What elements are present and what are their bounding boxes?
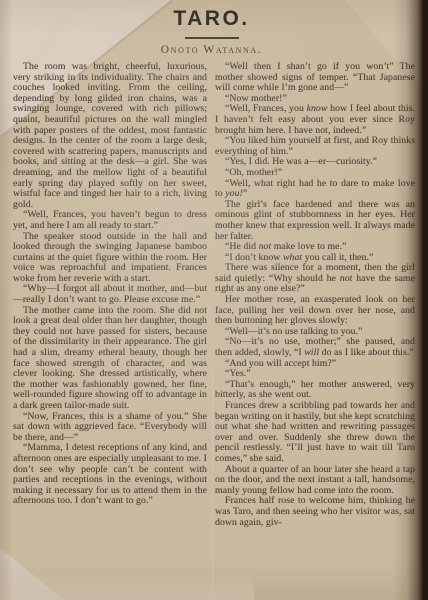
paragraph: “Well, what right had he to dare to make…	[215, 179, 415, 200]
paragraph: “Well, Frances, you know how I feel abou…	[215, 104, 415, 136]
paragraph: Frances drew a scribbling pad towards he…	[215, 401, 415, 465]
paragraph: “Well, Frances, you haven’t begun to dre…	[13, 210, 207, 231]
paragraph: The mother came into the room. She did n…	[13, 306, 207, 412]
page-title: TARO.	[0, 7, 423, 31]
paragraph: “Oh, mother!”	[215, 168, 415, 179]
paragraph: “Well then I shan’t go if you won’t” The…	[215, 62, 415, 94]
paragraph: “That’s enough,” her mother answered, ve…	[215, 380, 415, 401]
paragraph: There was silence for a moment, then the…	[215, 263, 415, 295]
paragraph: “Why—I forgot all about it mother, and—b…	[13, 284, 207, 305]
text-columns: The room was bright, cheerful, luxurious…	[0, 62, 423, 595]
paragraph: The room was bright, cheerful, luxurious…	[13, 62, 207, 210]
title-divider	[185, 37, 239, 39]
paragraph: The girl’s face hardened and there was a…	[215, 200, 415, 242]
paragraph: Her mother rose, an exasperated look on …	[215, 295, 415, 327]
text-column-left: The room was bright, cheerful, luxurious…	[13, 62, 207, 595]
author-byline: Onoto Watanna.	[0, 44, 423, 56]
paragraph: The speaker stood outside in the hall an…	[13, 232, 207, 285]
text-column-right: “Well then I shan’t go if you won’t” The…	[215, 62, 415, 595]
page-content: TARO. Onoto Watanna. The room was bright…	[0, 7, 423, 595]
paragraph: “You liked him yourself at first, and Ro…	[215, 136, 415, 157]
paragraph: Frances half rose to welcome him, thinki…	[215, 496, 415, 528]
paragraph: About a quarter of an hour later she hea…	[215, 465, 415, 497]
scanned-page: TARO. Onoto Watanna. The room was bright…	[0, 0, 423, 600]
paragraph: “No—it’s no use, mother;” she paused, an…	[215, 337, 415, 358]
paragraph: “Now, Frances, this is a shame of you.” …	[13, 412, 207, 444]
paragraph: “Mamma, I detest receptions of any kind,…	[13, 443, 207, 507]
